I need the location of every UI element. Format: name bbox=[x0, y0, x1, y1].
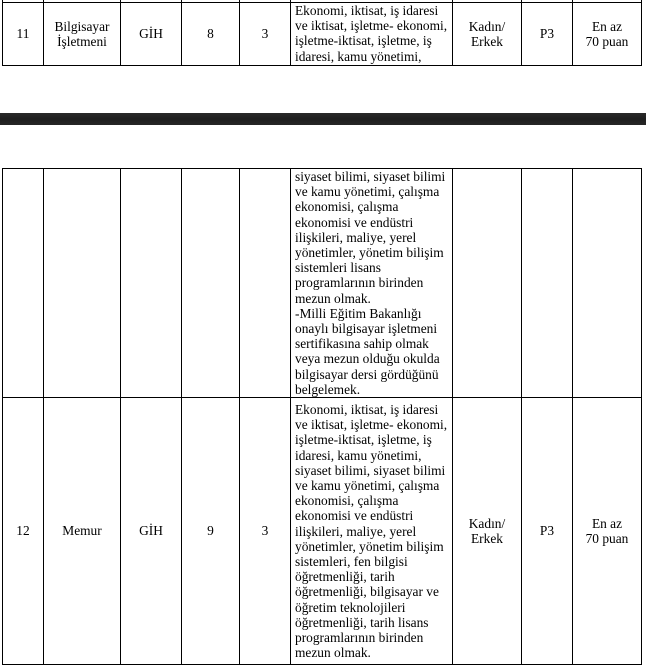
gender: Kadın/ Erkek bbox=[453, 398, 522, 665]
position-title: Bilgisayar İşletmeni bbox=[44, 3, 121, 66]
requirements-continued: siyaset bilimi, siyaset bilimi ve kamu y… bbox=[291, 169, 453, 398]
row-number: 12 bbox=[3, 398, 44, 665]
position-count: 3 bbox=[240, 398, 291, 665]
table-row-11-continued: siyaset bilimi, siyaset bilimi ve kamu y… bbox=[3, 169, 642, 398]
table-row-11: 11 Bilgisayar İşletmeni GİH 8 3 Ekonomi,… bbox=[3, 3, 642, 66]
position-title: Memur bbox=[44, 398, 121, 665]
class-code: GİH bbox=[121, 3, 182, 66]
degree: 9 bbox=[182, 398, 240, 665]
table-row-12: 12 Memur GİH 9 3 Ekonomi, iktisat, iş id… bbox=[3, 398, 642, 665]
position-count: 3 bbox=[240, 3, 291, 66]
requirements: Ekonomi, iktisat, iş idaresi ve iktisat,… bbox=[291, 398, 453, 665]
positions-table-page-2: siyaset bilimi, siyaset bilimi ve kamu y… bbox=[2, 168, 642, 665]
class-code: GİH bbox=[121, 398, 182, 665]
minimum-score: En az 70 puan bbox=[573, 398, 642, 665]
kpss-score-type: P3 bbox=[522, 3, 573, 66]
gender: Kadın/ Erkek bbox=[453, 3, 522, 66]
row-number: 11 bbox=[3, 3, 44, 66]
positions-table-page-1: 11 Bilgisayar İşletmeni GİH 8 3 Ekonomi,… bbox=[2, 0, 642, 66]
minimum-score: En az 70 puan bbox=[573, 3, 642, 66]
kpss-score-type: P3 bbox=[522, 398, 573, 665]
requirements: Ekonomi, iktisat, iş idaresi ve iktisat,… bbox=[291, 3, 453, 66]
page-separator-bar bbox=[0, 113, 646, 125]
degree: 8 bbox=[182, 3, 240, 66]
